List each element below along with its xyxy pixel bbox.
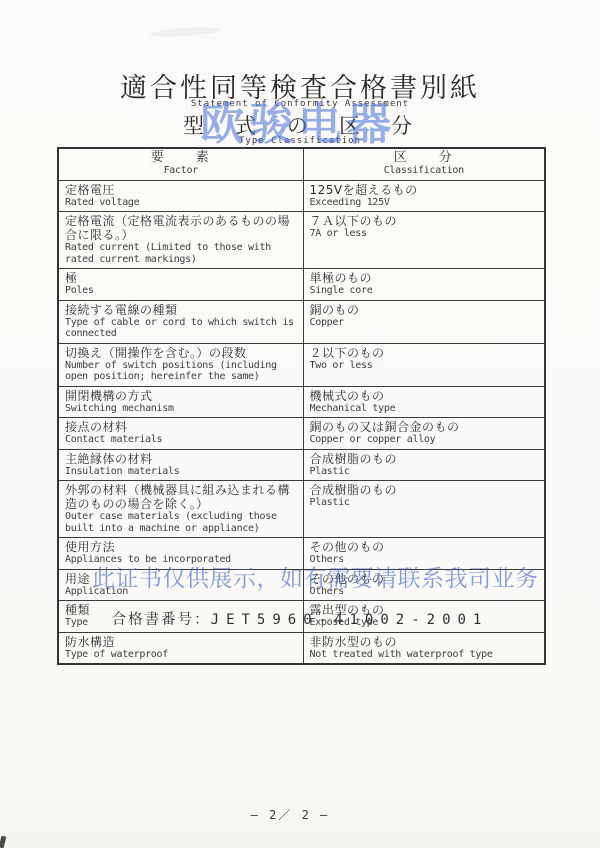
- factor-text-ja: 主絶縁体の材料: [65, 452, 297, 466]
- classification-text-ja: 125Vを超えるもの: [310, 183, 539, 197]
- factor-cell: 接点の材料 Contact materials: [58, 418, 303, 450]
- classification-text-ja: ７Ａ以下のもの: [310, 214, 539, 228]
- classification-text-en: Mechanical type: [310, 403, 539, 415]
- page-number: — 2／ 2 —: [0, 806, 580, 823]
- factor-text-en: Outer case materials (excluding those bu…: [65, 511, 297, 534]
- factor-cell: 定格電流（定格電流表示のあるものの場合に限る。） Rated current (…: [58, 212, 303, 269]
- factor-cell: 極 Poles: [58, 269, 303, 301]
- factor-text-ja: 開閉機構の方式: [65, 389, 297, 403]
- factor-cell: 定格電圧 Rated voltage: [58, 180, 303, 212]
- classification-cell: ２以下のもの Two or less: [303, 343, 545, 386]
- factor-cell: 防水構造 Type of waterproof: [58, 632, 303, 664]
- table-header-row: 要 素 Factor 区 分 Classification: [58, 148, 545, 180]
- type-classification-table: 要 素 Factor 区 分 Classification 定格電圧 Rated…: [57, 147, 546, 665]
- factor-text-en: Type of waterproof: [65, 649, 297, 661]
- scan-smudge: [150, 26, 220, 39]
- factor-text-en: Rated current (Limited to those with rat…: [65, 242, 297, 265]
- classification-text-en: Single core: [310, 285, 539, 297]
- classification-text-ja: その他のもの: [310, 572, 539, 586]
- classification-cell: 銅のもの又は銅合金のもの Copper or copper alloy: [303, 418, 545, 450]
- classification-cell: 単極のもの Single core: [303, 269, 545, 301]
- classification-text-en: Exceeding 125V: [310, 197, 539, 209]
- factor-text-ja: 外郭の材料（機械器具に組み込まれる構造のものの場合を除く。）: [65, 483, 297, 511]
- classification-text-en: Plastic: [310, 466, 539, 478]
- factor-text-ja: 接続する電線の種類: [65, 303, 297, 317]
- classification-text-ja: 合成樹脂のもの: [310, 483, 539, 497]
- scan-corner-mark: [0, 836, 6, 848]
- factor-text-en: Insulation materials: [65, 466, 297, 478]
- factor-text-ja: 定格電流（定格電流表示のあるものの場合に限る。）: [65, 214, 297, 242]
- factor-text-en: Application: [65, 586, 297, 598]
- factor-text-ja: 使用方法: [65, 540, 297, 554]
- classification-text-en: Two or less: [310, 360, 539, 372]
- certificate-number-line: 合格書番号：JET5960-41002-2001: [0, 608, 600, 629]
- factor-header-ja: 要 素: [65, 151, 297, 165]
- table-body: 定格電圧 Rated voltage 125Vを超えるもの Exceeding …: [58, 180, 545, 664]
- classification-header-en: Classification: [310, 165, 539, 177]
- classification-text-en: Not treated with waterproof type: [310, 649, 539, 661]
- classification-cell: 銅のもの Copper: [303, 300, 545, 343]
- table-row: 開閉機構の方式 Switching mechanism 機械式のもの Mecha…: [58, 386, 545, 418]
- classification-cell: 非防水型のもの Not treated with waterproof type: [303, 632, 545, 664]
- classification-cell: ７Ａ以下のもの 7A or less: [303, 212, 545, 269]
- classification-cell: 125Vを超えるもの Exceeding 125V: [303, 180, 545, 212]
- factor-text-ja: 防水構造: [65, 635, 297, 649]
- factor-cell: 主絶縁体の材料 Insulation materials: [58, 449, 303, 481]
- factor-cell: 外郭の材料（機械器具に組み込まれる構造のものの場合を除く。） Outer cas…: [58, 481, 303, 538]
- certificate-number-value: JET5960-41002-2001: [211, 612, 489, 628]
- factor-text-en: Switching mechanism: [65, 403, 297, 415]
- factor-text-en: Rated voltage: [65, 197, 297, 209]
- page-subtitle-english: Type Classification: [0, 136, 600, 146]
- classification-text-ja: 銅のもの又は銅合金のもの: [310, 420, 539, 434]
- table-row: 極 Poles 単極のもの Single core: [58, 269, 545, 301]
- classification-text-ja: 単極のもの: [310, 271, 539, 285]
- classification-cell: 合成樹脂のもの Plastic: [303, 449, 545, 481]
- classification-text-ja: ２以下のもの: [310, 346, 539, 360]
- classification-text-en: Copper or copper alloy: [310, 434, 539, 446]
- classification-cell: 合成樹脂のもの Plastic: [303, 481, 545, 538]
- factor-cell: 開閉機構の方式 Switching mechanism: [58, 386, 303, 418]
- page-title-english: Statement of Conformity Assessment: [0, 99, 600, 109]
- factor-text-en: Type of cable or cord to which switch is…: [65, 317, 297, 340]
- table-row: 外郭の材料（機械器具に組み込まれる構造のものの場合を除く。） Outer cas…: [58, 481, 545, 538]
- factor-text-ja: 極: [65, 271, 297, 285]
- classification-header-cell: 区 分 Classification: [303, 148, 545, 180]
- classification-text-en: Copper: [310, 317, 539, 329]
- factor-text-ja: 用途: [65, 572, 297, 586]
- table-row: 主絶縁体の材料 Insulation materials 合成樹脂のもの Pla…: [58, 449, 545, 481]
- factor-text-en: Number of switch positions (including op…: [65, 360, 297, 383]
- classification-text-en: Plastic: [310, 497, 539, 509]
- classification-text-en: Others: [310, 554, 539, 566]
- factor-text-ja: 切換え（開操作を含む。）の段数: [65, 346, 297, 360]
- table-row: 接点の材料 Contact materials 銅のもの又は銅合金のもの Cop…: [58, 418, 545, 450]
- factor-text-en: Appliances to be incorporated: [65, 554, 297, 566]
- table-row: 使用方法 Appliances to be incorporated その他のも…: [58, 538, 545, 570]
- factor-cell: 用途 Application: [58, 569, 303, 601]
- factor-text-en: Contact materials: [65, 434, 297, 446]
- classification-text-ja: 銅のもの: [310, 303, 539, 317]
- table-row: 防水構造 Type of waterproof 非防水型のもの Not trea…: [58, 632, 545, 664]
- factor-text-ja: 定格電圧: [65, 183, 297, 197]
- table-row: 切換え（開操作を含む。）の段数 Number of switch positio…: [58, 343, 545, 386]
- table-row: 定格電圧 Rated voltage 125Vを超えるもの Exceeding …: [58, 180, 545, 212]
- classification-cell: その他のもの Others: [303, 538, 545, 570]
- factor-text-en: Poles: [65, 285, 297, 297]
- certificate-number-label: 合格書番号：: [112, 612, 211, 628]
- classification-text-ja: 非防水型のもの: [310, 635, 539, 649]
- factor-cell: 切換え（開操作を含む。）の段数 Number of switch positio…: [58, 343, 303, 386]
- factor-cell: 接続する電線の種類 Type of cable or cord to which…: [58, 300, 303, 343]
- classification-cell: その他のもの Others: [303, 569, 545, 601]
- table-row: 接続する電線の種類 Type of cable or cord to which…: [58, 300, 545, 343]
- classification-cell: 機械式のもの Mechanical type: [303, 386, 545, 418]
- classification-text-ja: その他のもの: [310, 540, 539, 554]
- factor-cell: 使用方法 Appliances to be incorporated: [58, 538, 303, 570]
- factor-header-en: Factor: [65, 165, 297, 177]
- table-row: 定格電流（定格電流表示のあるものの場合に限る。） Rated current (…: [58, 212, 545, 269]
- classification-text-en: 7A or less: [310, 228, 539, 240]
- factor-header-cell: 要 素 Factor: [58, 148, 303, 180]
- document-page: 適合性同等検査合格書別紙 Statement of Conformity Ass…: [0, 0, 600, 848]
- classification-text-ja: 機械式のもの: [310, 389, 539, 403]
- classification-text-en: Others: [310, 586, 539, 598]
- factor-text-ja: 接点の材料: [65, 420, 297, 434]
- classification-text-ja: 合成樹脂のもの: [310, 452, 539, 466]
- classification-header-ja: 区 分: [310, 151, 539, 165]
- table-row: 用途 Application その他のもの Others: [58, 569, 545, 601]
